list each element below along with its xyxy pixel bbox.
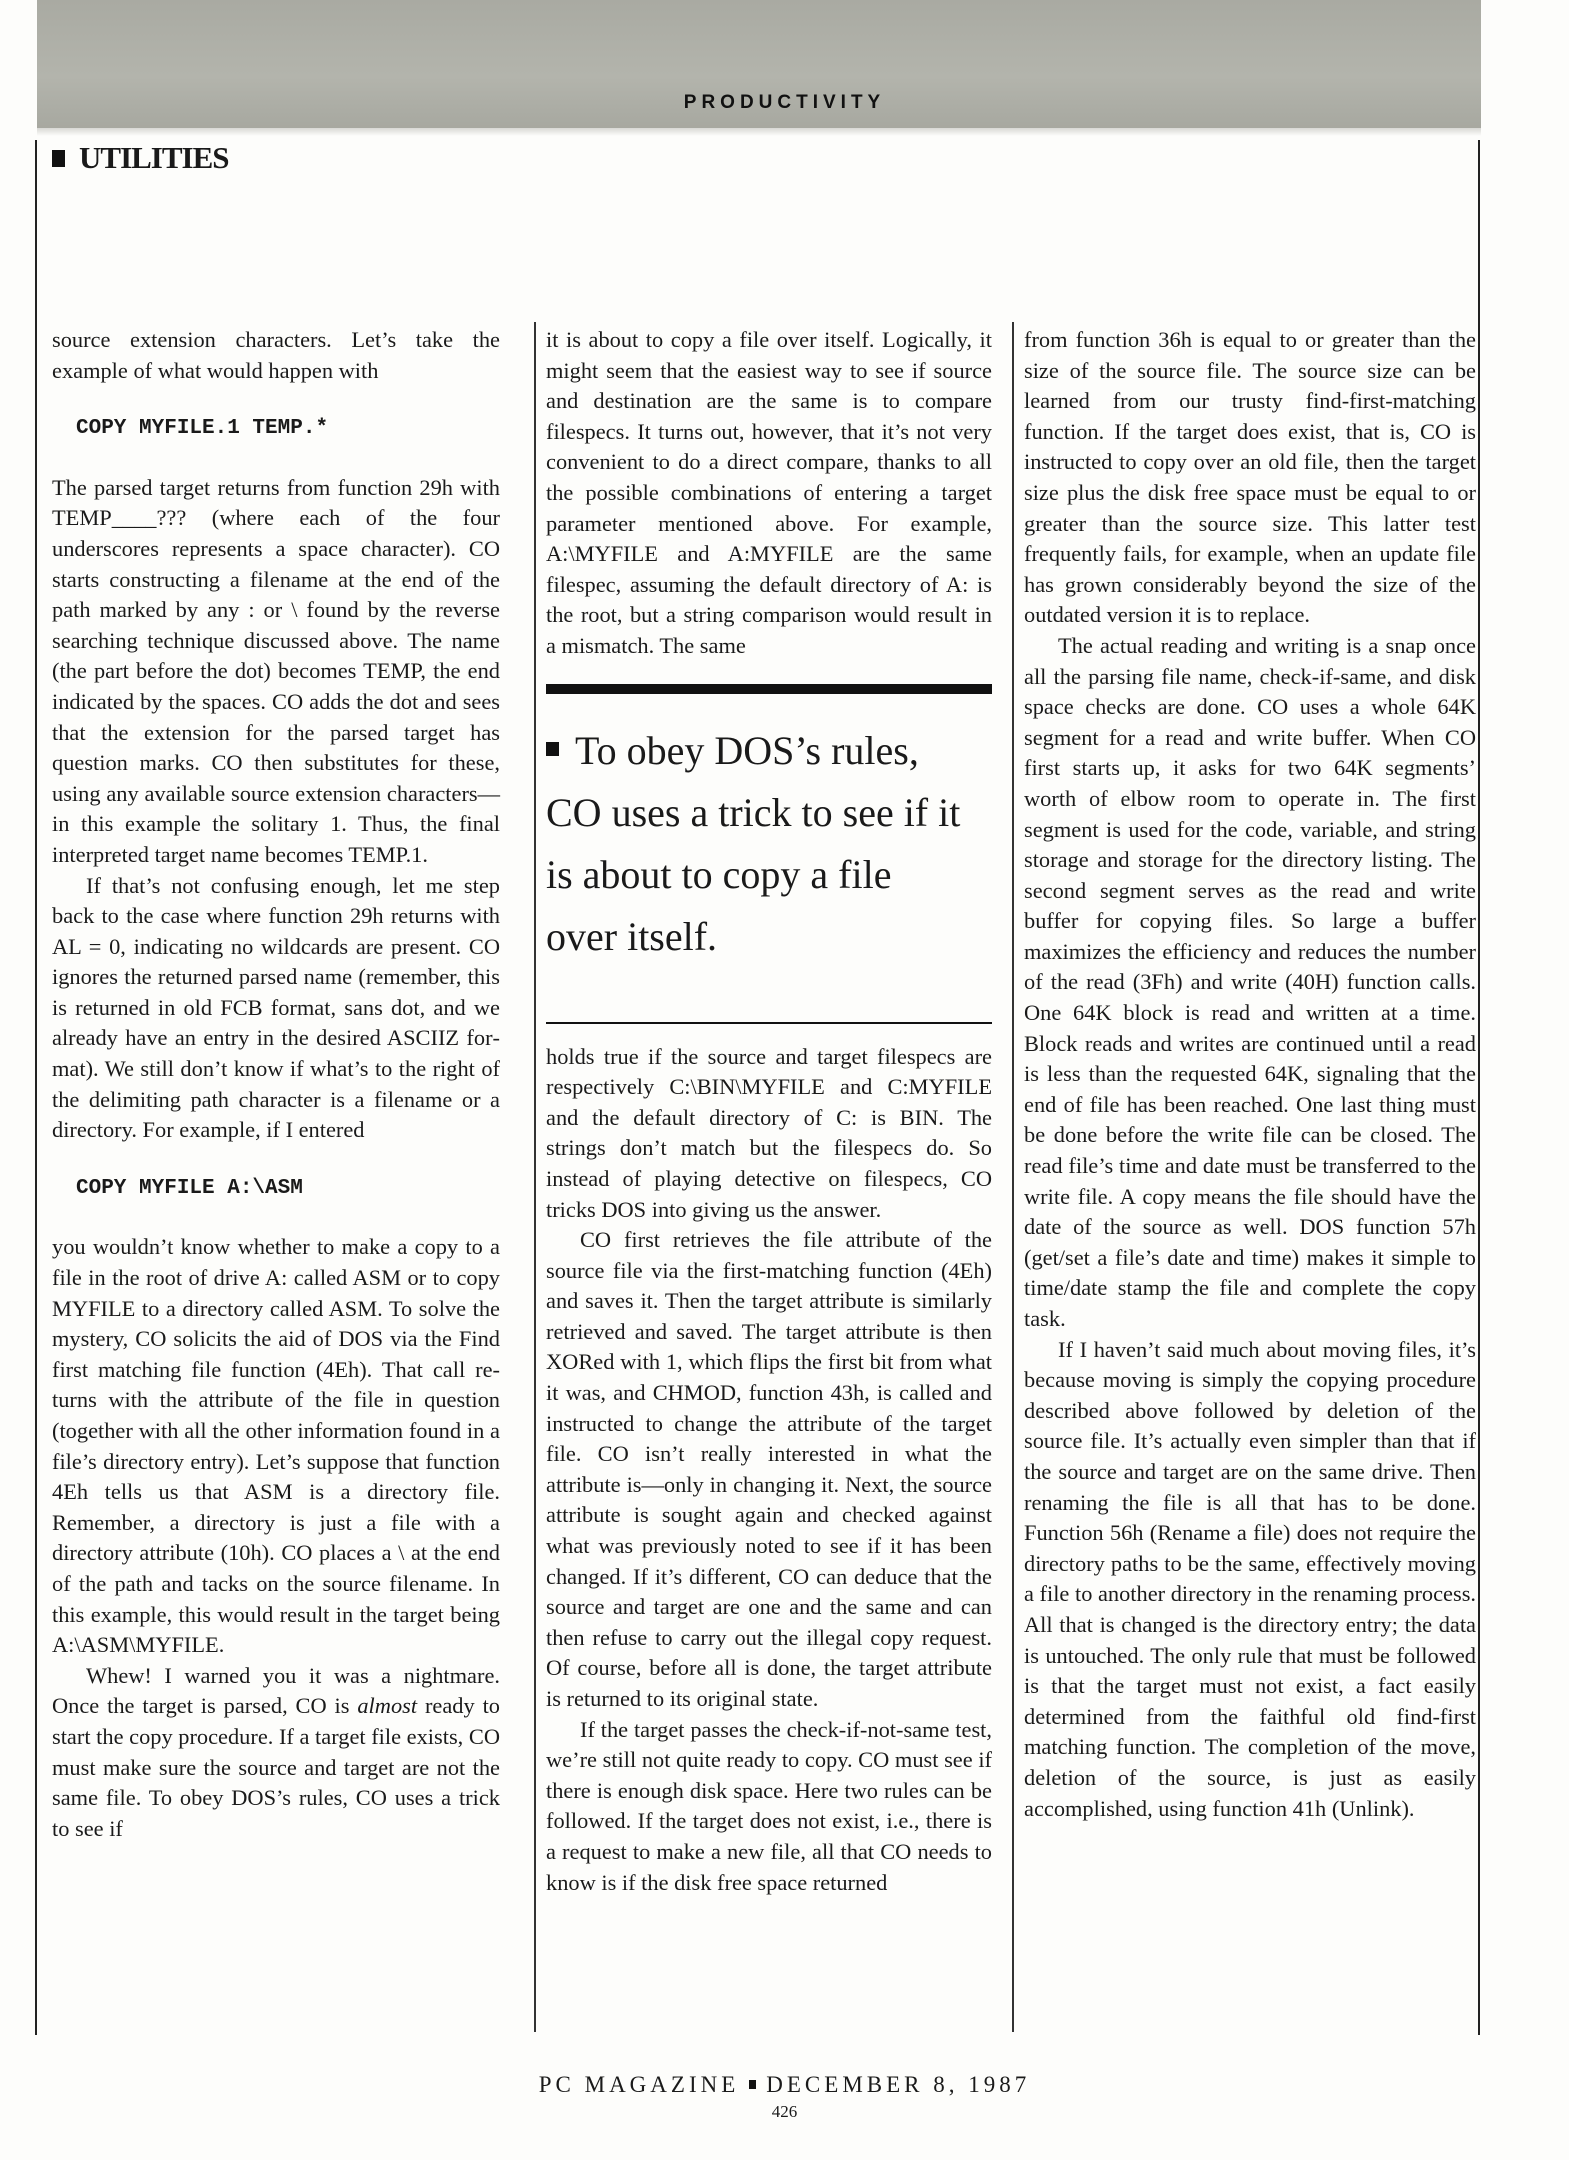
page-frame-right-rule xyxy=(1478,140,1480,2035)
department-heading: UTILITIES xyxy=(52,140,229,176)
pull-quote-text: To obey DOS’s rules, CO uses a trick to … xyxy=(546,728,960,959)
column-left: source extension characters. Let’s take … xyxy=(52,325,500,1844)
italic-text: al­most xyxy=(357,1693,417,1718)
paragraph: you wouldn’t know whether to make a copy… xyxy=(52,1232,500,1660)
paragraph: source extension characters. Let’s take … xyxy=(52,325,500,386)
square-bullet-icon xyxy=(546,742,559,756)
paragraph: If that’s not confusing enough, let me s… xyxy=(52,871,500,1146)
square-bullet-icon xyxy=(52,150,65,167)
paragraph: The actual reading and writing is a snap… xyxy=(1024,631,1476,1335)
code-example: COPY MYFILE.1 TEMP.* xyxy=(76,414,500,445)
page-frame-left-rule xyxy=(35,140,37,2035)
paragraph: If the target passes the check-if-not-sa… xyxy=(546,1715,992,1899)
paragraph: holds true if the source and target file… xyxy=(546,1042,992,1226)
paragraph: If I haven’t said much about moving file… xyxy=(1024,1335,1476,1825)
paragraph: Whew! I warned you it was a night­mare. … xyxy=(52,1661,500,1845)
paragraph: CO first retrieves the file attribute of… xyxy=(546,1225,992,1715)
page-footer: PC MAGAZINEDECEMBER 8, 1987 xyxy=(0,2072,1569,2098)
paragraph: it is about to copy a file over itself. … xyxy=(546,325,992,662)
pull-quote-bottom-rule xyxy=(546,1022,992,1024)
header-band-shadow xyxy=(37,128,1481,136)
pull-quote: To obey DOS’s rules, CO uses a trick to … xyxy=(546,684,992,1024)
pull-quote-top-rule xyxy=(546,684,992,694)
pull-quote-text-block: To obey DOS’s rules, CO uses a trick to … xyxy=(546,720,992,968)
issue-date: DECEMBER 8, 1987 xyxy=(766,2072,1030,2097)
publication-name: PC MAGAZINE xyxy=(539,2072,740,2097)
column-middle: it is about to copy a file over itself. … xyxy=(534,325,992,1898)
department-title: UTILITIES xyxy=(79,140,229,176)
paragraph: from function 36h is equal to or greater… xyxy=(1024,325,1476,631)
square-bullet-icon xyxy=(749,2080,756,2089)
paragraph: The parsed target returns from function … xyxy=(52,473,500,871)
page-number: 426 xyxy=(0,2102,1569,2122)
section-label: PRODUCTIVITY xyxy=(0,92,1569,114)
code-example: COPY MYFILE A:\ASM xyxy=(76,1174,500,1205)
column-right: from function 36h is equal to or greater… xyxy=(1012,325,1476,1824)
